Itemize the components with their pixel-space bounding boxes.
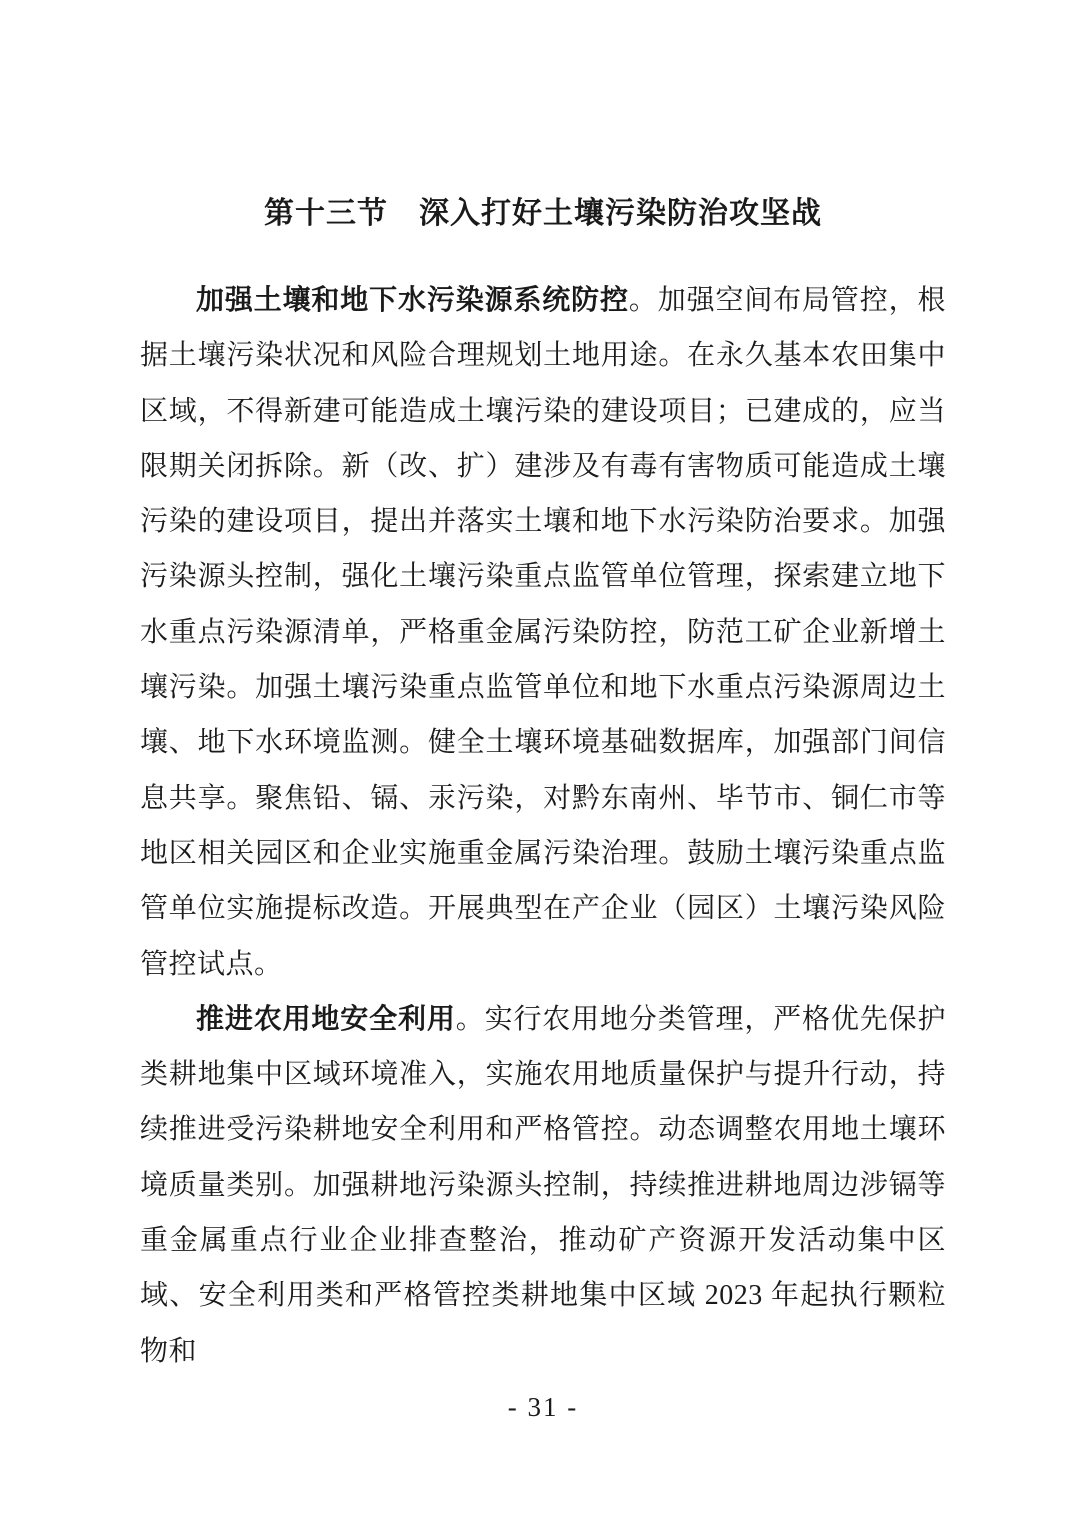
paragraph-text: 。加强空间布局管控，根据土壤污染状况和风险合理规划土地用途。在永久基本农田集中区… — [140, 285, 946, 980]
paragraph-lead: 推进农用地安全利用 — [196, 1004, 456, 1035]
document-page: 第十三节 深入打好土壤污染防治攻坚战 加强土壤和地下水污染源系统防控。加强空间布… — [0, 0, 1074, 1520]
paragraph-text: 。实行农用地分类管理，严格优先保护类耕地集中区域环境准入，实施农用地质量保护与提… — [140, 1004, 946, 1367]
page-number: - 31 - — [140, 1387, 946, 1427]
paragraph-soil-groundwater-pollution-source-control: 加强土壤和地下水污染源系统防控。加强空间布局管控，根据土壤污染状况和风险合理规划… — [140, 273, 946, 992]
paragraph-farmland-safe-use: 推进农用地安全利用。实行农用地分类管理，严格优先保护类耕地集中区域环境准入，实施… — [140, 992, 946, 1379]
document-body: 加强土壤和地下水污染源系统防控。加强空间布局管控，根据土壤污染状况和风险合理规划… — [140, 273, 946, 1379]
paragraph-lead: 加强土壤和地下水污染源系统防控 — [196, 285, 629, 316]
section-title: 第十三节 深入打好土壤污染防治攻坚战 — [140, 194, 946, 234]
